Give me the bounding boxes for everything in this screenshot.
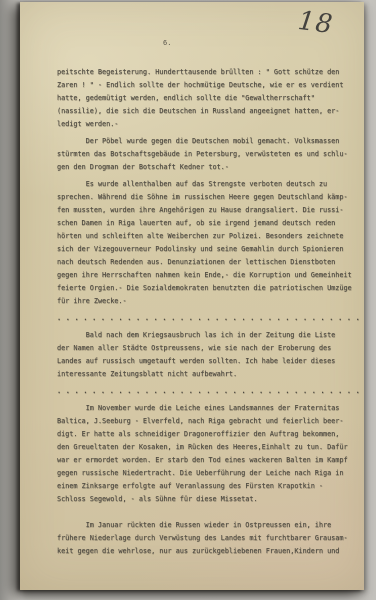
text-line: sprechen. Während die Söhne im russische… xyxy=(57,191,357,204)
scanned-document-page: 18 6. peitschte Begeisterung. Hunderttau… xyxy=(0,0,376,600)
text-line: hatte, gedemütigt werden, endlich sollte… xyxy=(57,92,357,105)
text-line: Baltica, J.Seeburg - Elverfeld, nach Rig… xyxy=(57,415,357,428)
text-line: Es wurde allenthalben auf das Strengste … xyxy=(57,178,357,191)
paragraph: Es wurde allenthalben auf das Strengste … xyxy=(57,178,357,308)
text-line: Im Januar rückten die Russen wieder in O… xyxy=(57,519,357,532)
text-line: keit gegen die wehrlose, nur aus zurückg… xyxy=(57,545,357,558)
text-line: feierte Orgien.- Die Sozialdemokraten be… xyxy=(57,282,357,295)
text-line: der Namen aller Städte Ostpreussens, wie… xyxy=(57,342,357,355)
text-line: den Greueltaten der Kosaken, im Rücken d… xyxy=(57,441,357,454)
text-line: stürmten das Botschaftsgebäude in Peters… xyxy=(57,148,357,161)
text-line: Der Pöbel wurde gegen die Deutschen mobi… xyxy=(57,135,357,148)
typed-text-body: peitschte Begeisterung. Hunderttausende … xyxy=(57,66,357,558)
text-line: Zaren ! " - Endlich sollte der hochmütig… xyxy=(57,79,357,92)
text-line: sich der Vizegouverneur Podolinsky und s… xyxy=(57,243,357,256)
text-line: peitschte Begeisterung. Hunderttausende … xyxy=(57,66,357,79)
dotted-separator: . . . . . . . . . . . . . . . . . . . . … xyxy=(57,312,357,325)
text-line: für ihre Zwecke.- xyxy=(57,295,357,308)
text-line: (nassilie), die sich die Deutschen in Ru… xyxy=(57,105,357,118)
text-line: digt. Er hatte als schneidiger Dragonero… xyxy=(57,428,357,441)
text-line: nach deutsch Redenden aus. Denunziatione… xyxy=(57,256,357,269)
handwritten-folio-number: 18 xyxy=(296,6,334,40)
paragraph: Bald nach dem Kriegsausbruch las ich in … xyxy=(57,329,357,381)
paragraph: peitschte Begeisterung. Hunderttausende … xyxy=(57,66,357,131)
text-line: Im November wurde die Leiche eines Lands… xyxy=(57,402,357,415)
text-line: gegen ihre Herrschaften nahmen kein Ende… xyxy=(57,269,357,282)
text-line: war er ermordet worden. Er starb den Tod… xyxy=(57,454,357,467)
text-line: schen Damen in Riga lauerten auf, ob sie… xyxy=(57,217,357,230)
text-line: gen den Drogman der Botschaft Kedner tot… xyxy=(57,161,357,174)
paragraph: Der Pöbel wurde gegen die Deutschen mobi… xyxy=(57,135,357,174)
text-line: hörten und schleiften alte Weiberchen zu… xyxy=(57,230,357,243)
paragraph: Im Januar rückten die Russen wieder in O… xyxy=(57,519,357,558)
paragraph: Im November wurde die Leiche eines Lands… xyxy=(57,402,357,506)
text-line: interessante Zeitungsblatt nicht aufbewa… xyxy=(57,368,357,381)
text-line: Schloss Segewold, - als Sühne für diese … xyxy=(57,493,357,506)
text-line: frühere Niederlage durch Verwüstung des … xyxy=(57,532,357,545)
paper: 18 6. peitschte Begeisterung. Hunderttau… xyxy=(20,2,364,590)
text-line: einem Zinksarge erfolgte auf Veranlassun… xyxy=(57,480,357,493)
text-line: Landes auf russisch umgetauft werden sol… xyxy=(57,355,357,368)
text-line: ledigt werden.- xyxy=(57,118,357,131)
dotted-separator: . . . . . . . . . . . . . . . . . . . . … xyxy=(57,385,357,398)
text-line: gegen russische Niedertracht. Die Ueberf… xyxy=(57,467,357,480)
text-line: Bald nach dem Kriegsausbruch las ich in … xyxy=(57,329,357,342)
typed-page-number: 6. xyxy=(163,39,171,47)
text-line: fen mussten, wurden ihre Angehörigen zu … xyxy=(57,204,357,217)
